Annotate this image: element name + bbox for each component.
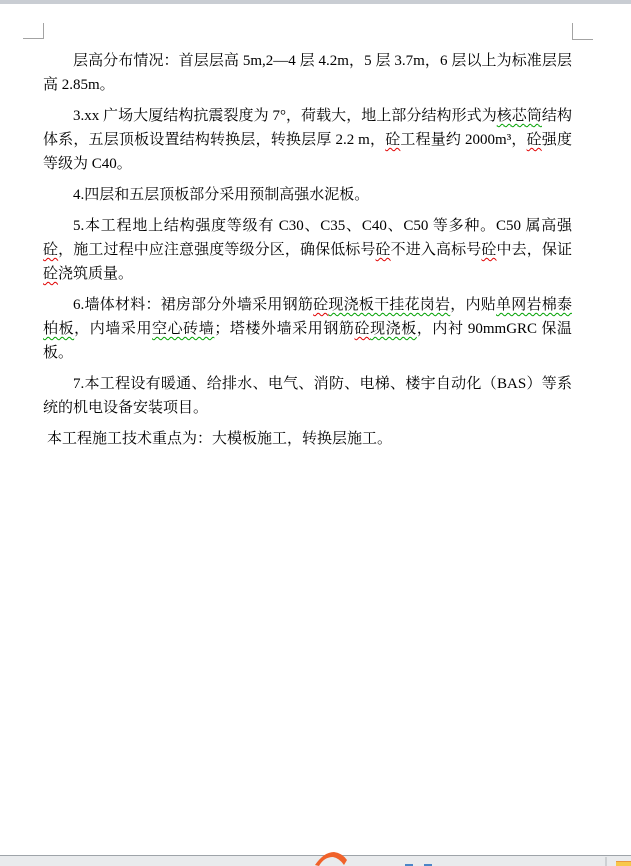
text-run-red-squiggle: 砼 [355, 321, 371, 337]
text-run-green-squiggle: 核芯筒 [497, 108, 542, 124]
text-run-red-squiggle: 砼 [376, 242, 391, 258]
text-run-green-squiggle: 现浇板干挂花岗岩 [328, 297, 450, 313]
text-run: ；塔楼外墙采用钢筋 [214, 321, 354, 337]
text-run: 浇筑质量。 [58, 266, 133, 282]
text-run: 3.xx 广场大厦结构抗震裂度为 7°，荷载大，地上部分结构形式为 [73, 108, 497, 124]
para-5-concrete-grades: 5.本工程地上结构强度等级有 C30、C35、C40、C50 等多种。C50 属… [43, 214, 572, 286]
text-run-red-squiggle: 砼 [43, 242, 58, 258]
logo-swoosh-icon[interactable] [314, 850, 352, 866]
text-run-red-squiggle: 砼 [481, 242, 496, 258]
para-6-wall-materials: 6.墙体材料：裙房部分外墙采用钢筋砼现浇板干挂花岗岩，内贴单网岩棉泰柏板，内墙采… [43, 293, 572, 365]
crop-mark-top-right-horizontal [572, 39, 593, 40]
text-run: 层高分布情况：首层层高 5m,2—4 层 4.2m，5 层 3.7m，6 层以上… [43, 53, 572, 93]
para-7-mep-systems: 7.本工程设有暖通、给排水、电气、消防、电梯、楼宇自动化（BAS）等系统的机电设… [43, 372, 572, 420]
text-run: 中去，保证 [497, 242, 572, 258]
window-top-edge [0, 0, 631, 4]
text-run: 7.本工程设有暖通、给排水、电气、消防、电梯、楼宇自动化（BAS）等系统的机电设… [43, 376, 572, 416]
text-run: 4.四层和五层顶板部分采用预制高强水泥板。 [73, 187, 369, 203]
text-run: ，内贴 [450, 297, 496, 313]
para-3-structure-system: 3.xx 广场大厦结构抗震裂度为 7°，荷载大，地上部分结构形式为核芯筒结构体系… [43, 104, 572, 176]
text-run: ，内墙采用 [74, 321, 152, 337]
text-run: 6.墙体材料：裙房部分外墙采用钢筋 [73, 297, 313, 313]
taskbar-divider [605, 857, 607, 866]
text-run-red-squiggle: 砼 [313, 297, 328, 313]
text-run-red-squiggle: 砼 [527, 132, 542, 148]
text-run: 5.本工程地上结构强度等级有 C30、C35、C40、C50 等多种。C50 属… [73, 218, 572, 234]
document-page: 层高分布情况：首层层高 5m,2—4 层 4.2m，5 层 3.7m，6 层以上… [0, 0, 631, 866]
crop-mark-top-left-horizontal [23, 38, 44, 39]
text-run: 工程量约 2000m³， [400, 132, 526, 148]
para-4-precast-slabs: 4.四层和五层顶板部分采用预制高强水泥板。 [43, 183, 572, 207]
folder-icon-top[interactable] [616, 861, 631, 866]
text-run: ，施工过程中应注意强度等级分区，确保低标号 [58, 242, 375, 258]
text-run: 不进入高标号 [391, 242, 482, 258]
text-run: 本工程施工技术重点为：大模板施工，转换层施工。 [47, 431, 392, 447]
text-run-green-squiggle: 空心砖墙 [152, 321, 214, 337]
para-construction-key-points: 本工程施工技术重点为：大模板施工，转换层施工。 [43, 427, 572, 451]
crop-mark-top-left-vertical [43, 23, 44, 39]
para-floor-heights: 层高分布情况：首层层高 5m,2—4 层 4.2m，5 层 3.7m，6 层以上… [43, 49, 572, 97]
crop-mark-top-right-vertical [572, 23, 573, 40]
text-run-red-squiggle: 砼 [43, 266, 58, 282]
document-body: 层高分布情况：首层层高 5m,2—4 层 4.2m，5 层 3.7m，6 层以上… [43, 40, 572, 458]
text-run-green-squiggle: 现浇板 [370, 321, 417, 337]
text-run-red-squiggle: 砼 [385, 132, 400, 148]
